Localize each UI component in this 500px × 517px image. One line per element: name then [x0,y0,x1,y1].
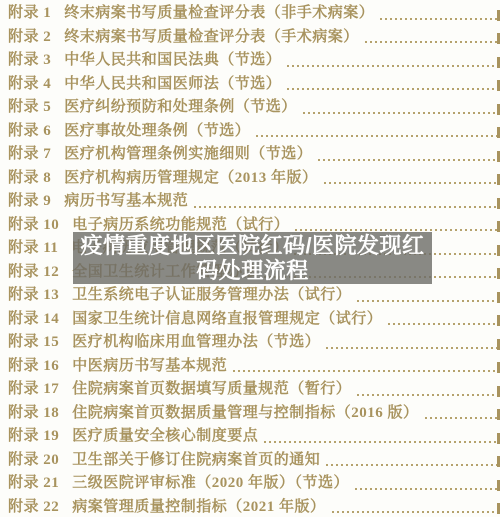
dotted-leader [326,464,497,466]
toc-entry-label: 附录 5 [8,95,51,116]
toc-entry-label: 附录 6 [8,119,51,140]
toc-entry-title: 中华人民共和国医师法（节选） [64,72,281,93]
toc-entry: 附录 20 卫生部关于修订住院病案首页的通知 [8,447,500,471]
dotted-leader [256,135,497,137]
dotted-leader [194,206,497,208]
toc-entry-title: 卫生系统电子认证服务管理办法（试行） [72,283,351,304]
dotted-leader [233,370,497,372]
toc-entry-label: 附录 18 [8,401,59,422]
toc-entry: 附录 16 中医病历书写基本规范 [8,353,500,377]
toc-entry-title: 中华人民共和国民法典（节选） [64,48,281,69]
toc-entry-title: 医疗机构临床用血管理办法（节选） [72,330,320,351]
toc-entry: 附录 17 住院病案首页数据填写质量规范（暂行） [8,376,500,400]
toc-entry-title: 住院病案首页数据质量管理与控制指标（2016 版） [72,401,418,422]
dotted-leader [264,441,497,443]
toc-entry-label: 附录 7 [8,142,51,163]
dotted-leader [287,65,497,67]
dotted-leader [357,394,497,396]
dotted-leader [303,112,497,114]
toc-entry-title: 医疗机构病历管理规定（2013 年版） [64,166,317,187]
toc-entry-label: 附录 9 [8,189,51,210]
dotted-leader [355,488,497,490]
toc-entry-title: 医疗质量安全核心制度要点 [72,424,258,445]
toc-entry-label: 附录 10 [8,213,59,234]
toc-entry-label: 附录 14 [8,307,59,328]
dotted-leader [380,18,497,20]
toc-entry-title: 住院病案首页数据填写质量规范（暂行） [72,377,351,398]
toc-entry-title: 病案管理质量控制指标（2021 年版） [72,495,325,516]
toc-entry-title: 中医病历书写基本规范 [72,354,227,375]
toc-entry-title: 终末病案书写质量检查评分表（非手术病案） [64,1,374,22]
toc-entry: 附录 9 病历书写基本规范 [8,188,500,212]
toc-entry-title: 三级医院评审标准（2020 年版）（节选） [72,471,349,492]
toc-entry-title: 卫生部关于修订住院病案首页的通知 [72,448,320,469]
toc-entry-label: 附录 22 [8,495,59,516]
caption-overlay: 疫情重度地区医院红码/医院发现红 码处理流程 [73,232,432,284]
toc-entry-title: 病历书写基本规范 [64,189,188,210]
caption-line-2: 码处理流程 [73,258,432,283]
toc-entry: 附录 2 终末病案书写质量检查评分表（手术病案） [8,24,500,48]
toc-entry-label: 附录 16 [8,354,59,375]
dotted-leader [295,229,497,231]
toc-entry-label: 附录 17 [8,377,59,398]
toc-entry-title: 医疗纠纷预防和处理条例（节选） [64,95,297,116]
toc-entry-label: 附录 20 [8,448,59,469]
toc-entry: 附录 7 医疗机构管理条例实施细则（节选） [8,141,500,165]
toc-entry-title: 国家卫生统计信息网络直报管理规定（试行） [72,307,382,328]
toc-entry: 附录 21 三级医院评审标准（2020 年版）（节选） [8,470,500,494]
toc-entry-label: 附录 2 [8,25,51,46]
toc-entry-label: 附录 8 [8,166,51,187]
toc-entry-label: 附录 11 [8,236,58,257]
toc-entry-label: 附录 19 [8,424,59,445]
dotted-leader [425,417,497,419]
toc-entry: 附录 19 医疗质量安全核心制度要点 [8,423,500,447]
toc-entry-title: 医疗机构管理条例实施细则（节选） [64,142,312,163]
dotted-leader [365,41,497,43]
toc-entry-title: 电子病历系统功能规范（试行） [72,213,289,234]
toc-entry-title: 医疗事故处理条例（节选） [64,119,250,140]
toc-entry: 附录 1 终末病案书写质量检查评分表（非手术病案） [8,0,500,24]
toc-entry: 附录 5 医疗纠纷预防和处理条例（节选） [8,94,500,118]
toc-entry-label: 附录 4 [8,72,51,93]
toc-entry-label: 附录 1 [8,1,51,22]
toc-entry: 附录 15 医疗机构临床用血管理办法（节选） [8,329,500,353]
toc-entry: 附录 4 中华人民共和国医师法（节选） [8,71,500,95]
dotted-leader [287,88,497,90]
toc-entry: 附录 3 中华人民共和国民法典（节选） [8,47,500,71]
toc-entry-label: 附录 21 [8,471,59,492]
toc-entry-title: 终末病案书写质量检查评分表（手术病案） [64,25,359,46]
toc-entry: 附录 22 病案管理质量控制指标（2021 年版） [8,494,500,517]
dotted-leader [332,511,497,513]
caption-line-1: 疫情重度地区医院红码/医院发现红 [73,233,432,258]
toc-entry: 附录 14 国家卫生统计信息网络直报管理规定（试行） [8,306,500,330]
dotted-leader [357,300,497,302]
toc-entry: 附录 6 医疗事故处理条例（节选） [8,118,500,142]
dotted-leader [326,347,497,349]
toc-entry-label: 附录 13 [8,283,59,304]
dotted-leader [324,182,497,184]
dotted-leader [388,323,497,325]
toc-entry: 附录 13 卫生系统电子认证服务管理办法（试行） [8,282,500,306]
toc-entry-label: 附录 3 [8,48,51,69]
toc-entry: 附录 18 住院病案首页数据质量管理与控制指标（2016 版） [8,400,500,424]
toc-entry-label: 附录 15 [8,330,59,351]
toc-entry: 附录 8 医疗机构病历管理规定（2013 年版） [8,165,500,189]
toc-entry-label: 附录 12 [8,260,59,281]
dotted-leader [318,159,497,161]
